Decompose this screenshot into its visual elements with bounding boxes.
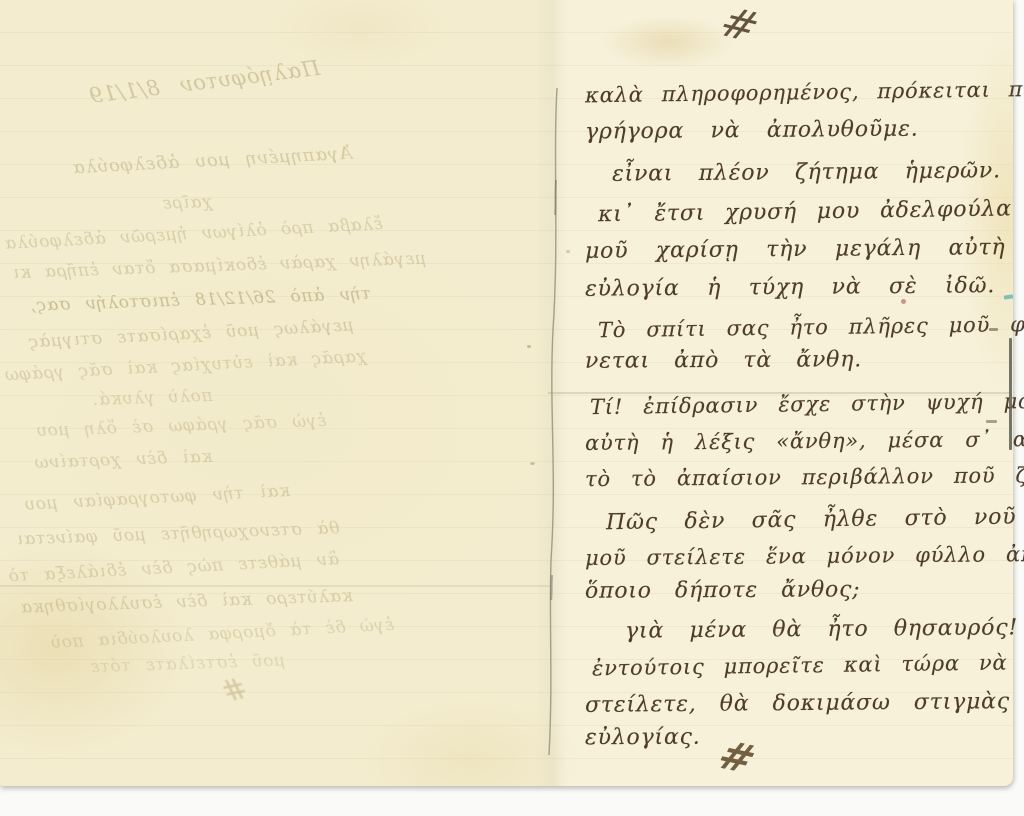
handwritten-line: εὐλογία ἡ τύχη νὰ σὲ ἰδῶ. [585,273,995,302]
handwritten-line: Τὸ σπίτι σας ἦτο πλῆρες μοῦ φαί- [598,312,1024,342]
letter-paper: Παλῃόφυτον 8/1/19Ἀγαπημένη μου ἀδελφούλα… [0,0,1013,786]
handwritten-line: αὐτὴ ἡ λέξις «ἄνθη», μέσα σ᾽ αὐ- [585,427,1024,455]
handwritten-line: εὐλογίας. [585,725,701,751]
handwritten-line: μοῦ στείλετε ἕνα μόνον φύλλο ἀπὸ [585,542,1024,570]
handwritten-line: καλὰ πληροφορημένος, πρόκειται πολὺ [585,77,1024,108]
letter-page-right: καλὰ πληροφορημένος, πρόκειται πολὺγρήγο… [0,0,1013,786]
handwritten-line: τὸ τὸ ἀπαίσιον περιβάλλον ποῦ ζῶ!. [585,463,1024,491]
handwritten-line: νεται ἀπὸ τὰ ἄνθη. [585,347,862,373]
handwritten-line: Πῶς δὲν σᾶς ἦλθε στὸ νοῦ νὰ [606,504,1024,536]
handwritten-line: γρήγορα νὰ ἀπολυθοῦμε. [585,117,919,145]
handwritten-line: μοῦ χαρίσῃ τὴν μεγάλη αὐτὴ [585,235,1006,264]
handwritten-line: στείλετε, θὰ δοκιμάσω στιγμὰς [585,689,1010,718]
handwritten-line: εἶναι πλέον ζήτημα ἡμερῶν. [612,158,1001,186]
handwritten-line: γιὰ μένα θὰ ἦτο θησαυρός! [625,615,1018,643]
handwritten-line: κι᾽ ἔτσι χρυσή μου ἀδελφούλα θὰ [598,196,1024,227]
handwritten-line: ἐντούτοις μπορεῖτε καὶ τώρα νὰ μοῦ [592,650,1024,681]
scan-background: Παλῃόφυτον 8/1/19Ἀγαπημένη μου ἀδελφούλα… [0,0,1024,816]
handwritten-line: Τί! ἐπίδρασιν ἔσχε στὴν ψυχή μου [590,389,1024,419]
handwritten-line: ὅποιο δήποτε ἄνθος; [585,577,861,603]
